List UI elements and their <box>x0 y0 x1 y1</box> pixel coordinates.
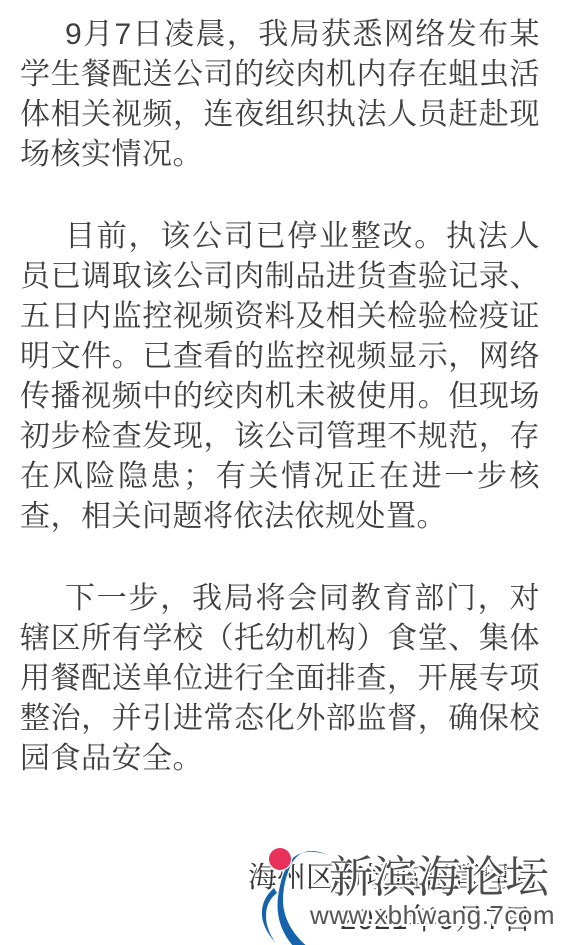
announcement-page: 9月7日凌晨，我局获悉网络发布某学生餐配送公司的绞肉机内存在蛆虫活体相关视频，连… <box>0 0 563 945</box>
watermark-site-url: www.xbhwang.7com <box>310 901 555 929</box>
paragraph-3: 下一步，我局将会同教育部门，对辖区所有学校（托幼机构）食堂、集体用餐配送单位进行… <box>20 579 540 779</box>
logo-head-dot <box>269 848 291 870</box>
watermark-site-name: 新滨海论坛 <box>329 854 549 902</box>
paragraph-2: 目前，该公司已停业整改。执法人员已调取该公司肉制品进货查验记录、五日内监控视频资… <box>20 217 540 537</box>
announcement-body: 9月7日凌晨，我局获悉网络发布某学生餐配送公司的绞肉机内存在蛆虫活体相关视频，连… <box>20 15 540 779</box>
logo-crescent-shape <box>262 888 277 943</box>
paragraph-1: 9月7日凌晨，我局获悉网络发布某学生餐配送公司的绞肉机内存在蛆虫活体相关视频，连… <box>20 15 540 175</box>
